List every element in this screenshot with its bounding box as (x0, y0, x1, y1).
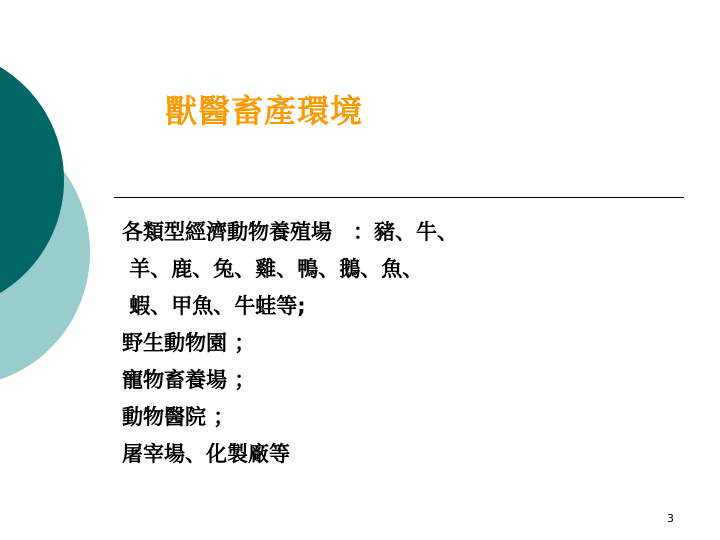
slide-body: 各類型經濟動物養殖場 ：豬、牛、 羊、鹿、兔、雞、鴨、鵝、魚、 蝦、甲魚、牛蛙等… (122, 214, 702, 473)
body-line: 野生動物園 ； (122, 325, 702, 362)
body-line: 寵物畜養場 ； (122, 362, 702, 399)
body-line: 屠宰場、化製廠等 (122, 436, 702, 473)
body-line: 蝦、甲魚、牛蛙等; (122, 288, 702, 325)
slide-title: 獸醫畜產環境 (165, 86, 363, 132)
page-number: 3 (667, 512, 674, 525)
body-line: 羊、鹿、兔、雞、鴨、鵝、魚、 (122, 251, 702, 288)
title-divider (114, 197, 684, 198)
body-line: 動物醫院 ； (122, 399, 702, 436)
body-line: 各類型經濟動物養殖場 ：豬、牛、 (122, 214, 702, 251)
